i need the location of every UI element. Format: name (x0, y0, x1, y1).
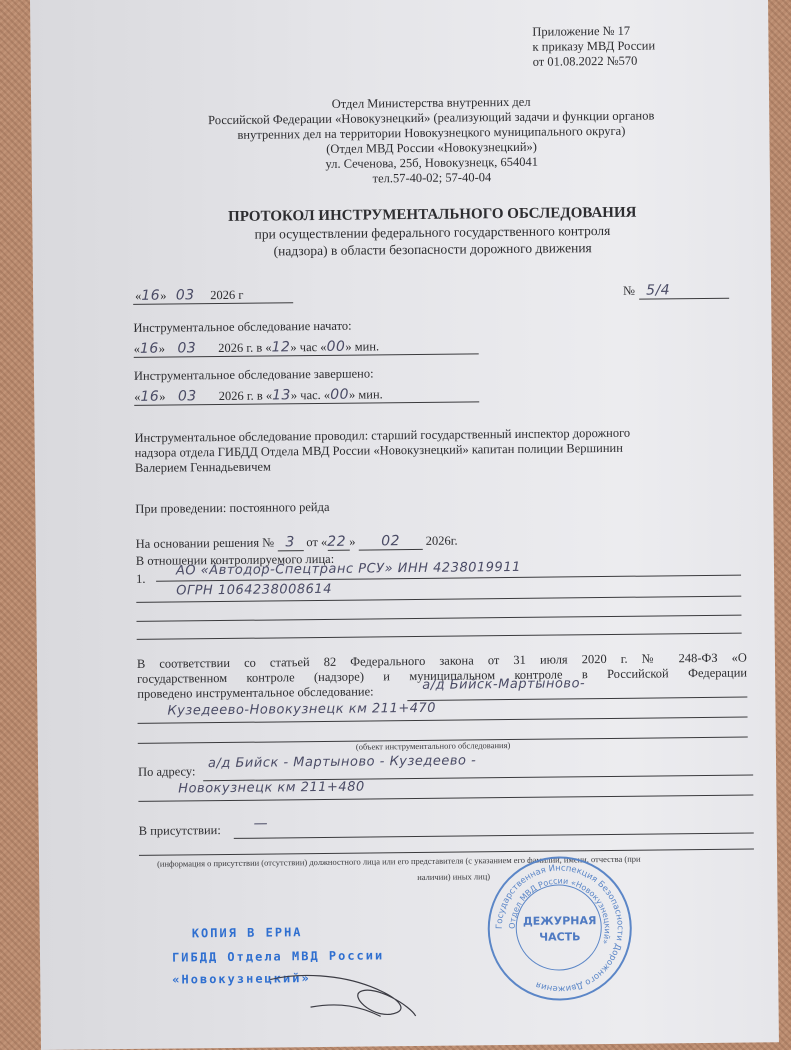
protocol-date: «16» 03 2026 г (135, 288, 244, 304)
protocol-number: № 5/4 (623, 283, 670, 298)
law-paragraph: В соответствии со статьей 82 Федеральног… (137, 651, 747, 702)
protocol-day: 16 (141, 288, 160, 304)
seal-ring-text: Государственная Инспекция Безопасности Д… (489, 858, 630, 999)
controlled-line-1: АО «Автодор-Спецтранс РСУ» ИНН 423801991… (176, 560, 521, 579)
started-month: 03 (177, 340, 196, 356)
controlled-line-2: ОГРН 1064238008614 (176, 582, 332, 599)
finished-hour-label: » час. « (291, 388, 330, 402)
object-caption: (объект инструментального обследования) (356, 740, 511, 752)
started-day: 16 (140, 341, 159, 357)
signature-icon (260, 966, 421, 1028)
controlled-underline-3 (137, 615, 742, 622)
official-seal: Государственная Инспекция Безопасности Д… (487, 856, 633, 1002)
number-label: № (623, 284, 635, 298)
started-year: 2026 г. в « (218, 340, 272, 355)
number-underline (639, 298, 729, 300)
object-line-1: а/д Бийск-Мартыново- (422, 676, 585, 693)
controlled-underline-4 (137, 633, 742, 640)
inspector-block: Инструментальное обследование проводил: … (135, 426, 631, 476)
seal-center-1: ДЕЖУРНАЯ (490, 914, 630, 928)
started-hour: 12 (271, 339, 290, 355)
appendix-line-3: от 01.08.2022 №570 (533, 54, 638, 70)
appendix-line-1: Приложение № 17 (532, 24, 630, 40)
finished-month: 03 (178, 388, 197, 404)
copy-stamp-line-2: ГИБДД Отдела МВД России (172, 948, 384, 964)
finished-hour: 13 (272, 387, 291, 403)
finished-label: Инструментальное обследование завершено: (134, 366, 374, 384)
finished-day: 16 (140, 389, 159, 405)
address-label: По адресу: (138, 764, 196, 780)
started-minute: 00 (326, 339, 345, 355)
presence-caption-2: наличии) иных лиц) (417, 871, 490, 882)
decision-number: 3 (277, 535, 303, 551)
document-page: Приложение № 17 к приказу МВД России от … (30, 0, 779, 1050)
finished-minute: 00 (330, 387, 349, 403)
address-line-1: а/д Бийск - Мартыново - Кузедеево - (208, 753, 476, 771)
presence-value: — (254, 816, 269, 832)
protocol-month: 03 (176, 287, 195, 303)
decision-from: от « (306, 535, 327, 549)
object-line-2: Кузедеево-Новокузнецк км 211+470 (167, 701, 436, 719)
finished-year: 2026 г. в « (219, 388, 273, 403)
address-line-2: Новокузнецк км 211+480 (178, 780, 365, 797)
presence-underline-1 (234, 832, 754, 838)
org-header: Отдел Министерства внутренних дел Россий… (151, 93, 712, 189)
controlled-index: 1. (136, 572, 146, 587)
presence-label: В присутствии: (139, 823, 221, 839)
finished-minute-label: » мин. (349, 387, 383, 401)
decision-month: 02 (359, 534, 423, 551)
started-label: Инструментальное обследование начато: (133, 319, 351, 336)
conducted-info: При проведении: постоянного рейда (135, 500, 329, 517)
decision-line: На основании решения № 3 от «22» 02 2026… (136, 534, 458, 553)
seal-center-2: ЧАСТЬ (490, 930, 630, 944)
started-hour-label: » час « (290, 340, 326, 354)
started-minute-label: » мин. (345, 339, 379, 353)
copy-stamp-line-1: КОПИЯ В ЕРНА (192, 924, 384, 940)
document-title: ПРОТОКОЛ ИНСТРУМЕНТАЛЬНОГО ОБСЛЕДОВАНИЯ … (172, 203, 693, 260)
decision-label: На основании решения № (136, 535, 275, 550)
appendix-line-2: к приказу МВД России (532, 38, 655, 54)
decision-year: 2026г. (426, 534, 458, 548)
number-value: 5/4 (646, 282, 670, 298)
decision-day: 22 (327, 535, 349, 551)
protocol-year: 2026 г (210, 288, 243, 302)
